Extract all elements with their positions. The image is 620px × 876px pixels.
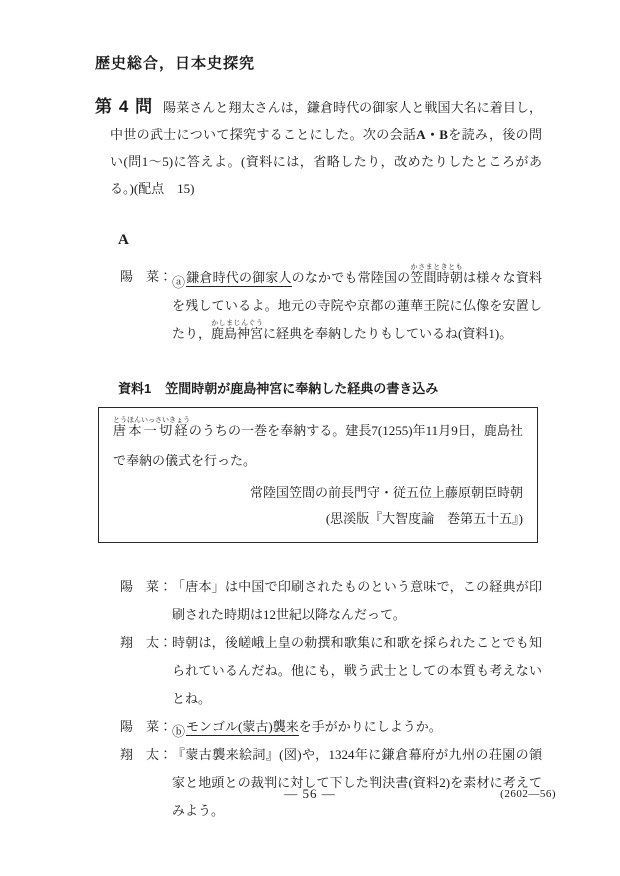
dialogue-text: 時朝は，後嵯峨上皇の勅撰和歌集に和歌を採られたことでも知られているんだね。他にも… (172, 629, 542, 713)
subject-header: 歴史総合，日本史探究 (95, 52, 620, 73)
ruby-tohon-issaikyo: 唐本一切経とうほんいっさいきょう (113, 423, 189, 438)
dialogue-line-haruna-1: 陽 菜： ⓐ鎌倉時代の御家人のなかでも常陸国の笠間時朝かさまときともは様々な資料… (120, 263, 542, 348)
page-footer: — 56 — (2602—56) (0, 786, 620, 802)
underlined-phrase-a: 鎌倉時代の御家人 (186, 270, 292, 287)
source1-title: 資料1笠間時朝が鹿島神宮に奉納した経典の書き込み (118, 378, 542, 397)
dialogue-segment: を手がかりにしようか。 (299, 719, 442, 734)
source1-box: 唐本一切経とうほんいっさいきょうのうちの一巻を奉納する。建長7(1255)年11… (98, 407, 538, 543)
dialogue-line-haruna-3: 陽 菜： ⓑモンゴル(蒙古)襲来を手がかりにしようか。 (120, 713, 542, 741)
source1-label: 資料1 (118, 381, 151, 396)
source1-citation: (思溪版『大智度論 巻第五十五』) (113, 506, 523, 532)
print-code: (2602—56) (500, 788, 556, 800)
dialogue-segment: に経典を奉納したりもしているね(資料1)。 (263, 326, 512, 341)
dialogue-text: ⓐ鎌倉時代の御家人のなかでも常陸国の笠間時朝かさまときともは様々な資料を残してい… (172, 263, 542, 348)
dialogue-segment: のなかでも常陸国の (292, 270, 411, 285)
speaker-haruna: 陽 菜： (120, 263, 172, 291)
speaker-haruna: 陽 菜： (120, 713, 172, 741)
conversation-ab-label: A・B (416, 127, 448, 142)
source1-body: 唐本一切経とうほんいっさいきょうのうちの一巻を奉納する。建長7(1255)年11… (113, 416, 523, 476)
exam-page: 歴史総合，日本史探究 第 4 問陽菜さんと翔太さんは，鎌倉時代の御家人と戦国大名… (0, 0, 620, 876)
speaker-shota: 翔 太： (120, 741, 172, 769)
speaker-haruna: 陽 菜： (120, 573, 172, 601)
dialogue-line-haruna-2: 陽 菜： 「唐本」は中国で印刷されたものという意味で，この経典が印刷された時期は… (120, 573, 542, 629)
dialogue-line-shota-1: 翔 太： 時朝は，後嵯峨上皇の勅撰和歌集に和歌を採られたことでも知られているんだ… (120, 629, 542, 713)
source1-attribution: 常陸国笠間の前長門守・従五位上藤原朝臣時朝 (113, 480, 523, 506)
speaker-shota: 翔 太： (120, 629, 172, 657)
ruby-base: 笠間時朝 (410, 270, 463, 285)
source1-title-text: 笠間時朝が鹿島神宮に奉納した経典の書き込み (165, 381, 438, 396)
dialogue-text: 『蒙古襲来絵詞』(図)や，1324年に鎌倉幕府が九州の荘園の領家と地頭との裁判に… (172, 741, 542, 825)
ruby-reading: かさまときとも (410, 263, 463, 271)
ruby-reading: かしまじんぐう (211, 319, 263, 327)
ruby-base: 唐本一切経 (113, 423, 190, 438)
ruby-kashima-jingu: 鹿島神宮かしまじんぐう (211, 326, 263, 341)
ruby-base: 鹿島神宮 (211, 326, 263, 341)
circled-b-marker: ⓑ (172, 725, 185, 738)
ruby-reading: とうほんいっさいきょう (113, 416, 190, 424)
question-intro: 第 4 問陽菜さんと翔太さんは，鎌倉時代の御家人と戦国大名に着目し，中世の武士に… (95, 93, 542, 202)
question-number-label: 第 4 問 (95, 97, 153, 116)
dialogue-block-a: 陽 菜： ⓐ鎌倉時代の御家人のなかでも常陸国の笠間時朝かさまときともは様々な資料… (120, 263, 542, 348)
dialogue-text: 「唐本」は中国で印刷されたものという意味で，この経典が印刷された時期は12世紀以… (172, 573, 542, 629)
dialogue-line-shota-2: 翔 太： 『蒙古襲来絵詞』(図)や，1324年に鎌倉幕府が九州の荘園の領家と地頭… (120, 741, 542, 825)
underlined-phrase-b: モンゴル(蒙古)襲来 (186, 719, 299, 736)
ruby-kasama-tokitomo: 笠間時朝かさまときとも (410, 270, 463, 285)
dialogue-text: ⓑモンゴル(蒙古)襲来を手がかりにしようか。 (172, 713, 542, 741)
section-a-label: A (118, 232, 620, 249)
circled-a-marker: ⓐ (172, 276, 185, 289)
